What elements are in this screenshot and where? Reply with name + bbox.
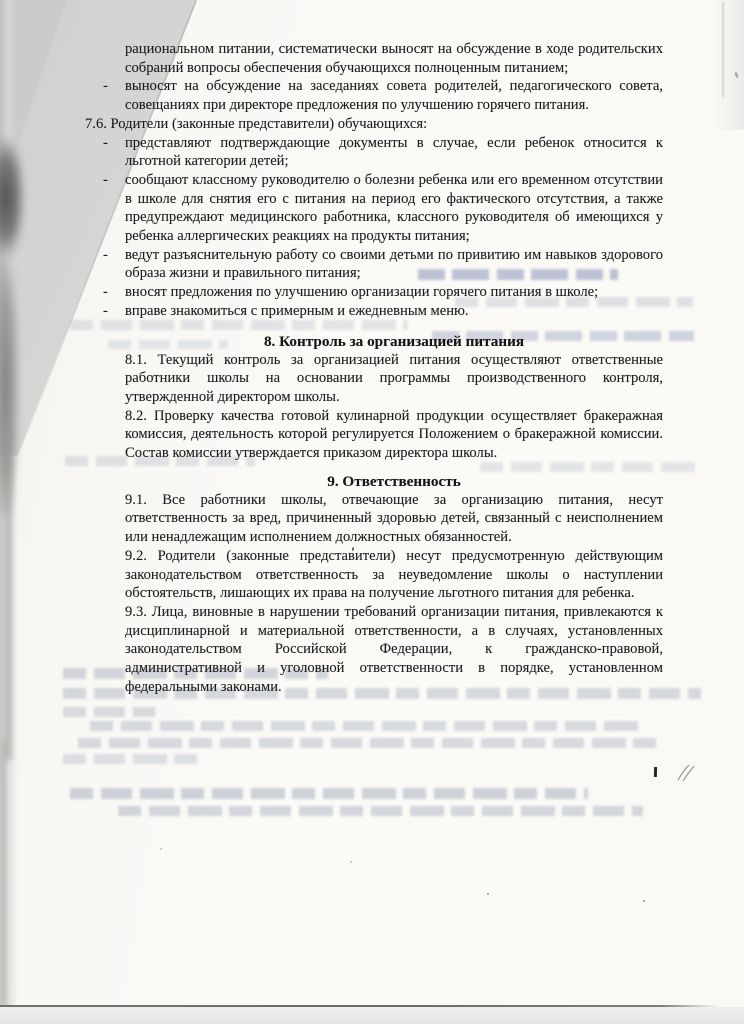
scan-streak [5,430,12,760]
list-item-text: представляют подтверждающие документы в … [125,134,663,171]
list-dash: - [103,302,125,321]
scan-speck [160,848,162,850]
clause-9-3: 9.3. Лица, виновные в нарушении требован… [125,603,663,697]
clause-9-2: 9.2. Родители (законные представители) н… [125,547,663,603]
scan-below-edge-area [0,1007,744,1024]
list-dash: - [103,77,125,114]
list-dash: - [103,134,125,171]
list-dash: - [103,171,125,246]
scan-speck [487,893,489,895]
clause-8-1: 8.1. Текущий контроль за организацией пи… [125,351,663,407]
list-item: - выносят на обсуждение на заседаниях со… [103,77,663,114]
ink-tick-mark [654,767,657,777]
list-item-text: выносят на обсуждение на заседаниях сове… [125,77,663,114]
scan-streak [2,740,6,1005]
list-dash: - [103,283,125,302]
bleed-through-line [78,738,660,748]
list-item: - вносят предложения по улучшению органи… [103,283,663,302]
list-item-text: ведут разъяснительную работу со своими д… [125,246,663,283]
bleed-through-line [118,806,643,816]
bleed-through-line [90,721,645,731]
list-item-text: вправе знакомиться с примерным и ежеднев… [125,302,663,321]
scan-smudge [0,138,24,258]
list-item-text: сообщают классному руководителю о болезн… [125,171,663,246]
list-item-text: вносят предложения по улучшению организа… [125,283,663,302]
list-item: - ведут разъяснительную работу со своими… [103,246,663,283]
section-8-heading: 8. Контроль за организацией питания [125,332,663,351]
scanned-page: рациональном питании, систематически вын… [0,0,744,1024]
bleed-through-line [63,707,155,717]
list-dash: - [103,246,125,283]
scan-edge-streak [722,2,724,97]
bleed-through-line [70,788,588,799]
pen-squiggle-mark [675,762,699,788]
paragraph-continuation: рациональном питании, систематически вын… [125,40,663,77]
clause-8-2: 8.2. Проверку качества готовой кулинарно… [125,407,663,463]
clause-7-6: 7.6. Родители (законные представители) о… [85,115,663,134]
scan-speck [643,900,645,902]
list-item: - представляют подтверждающие документы … [103,134,663,171]
list-item: - сообщают классному руководителю о боле… [103,171,663,246]
list-item: - вправе знакомиться с примерным и ежедн… [103,302,663,321]
bleed-through-line [63,754,203,764]
document-body: рациональном питании, систематически вын… [85,40,663,697]
clause-9-1: 9.1. Все работники школы, отвечающие за … [125,491,663,547]
scan-speck [350,861,352,863]
section-9-heading: 9. Ответственность [125,472,663,491]
